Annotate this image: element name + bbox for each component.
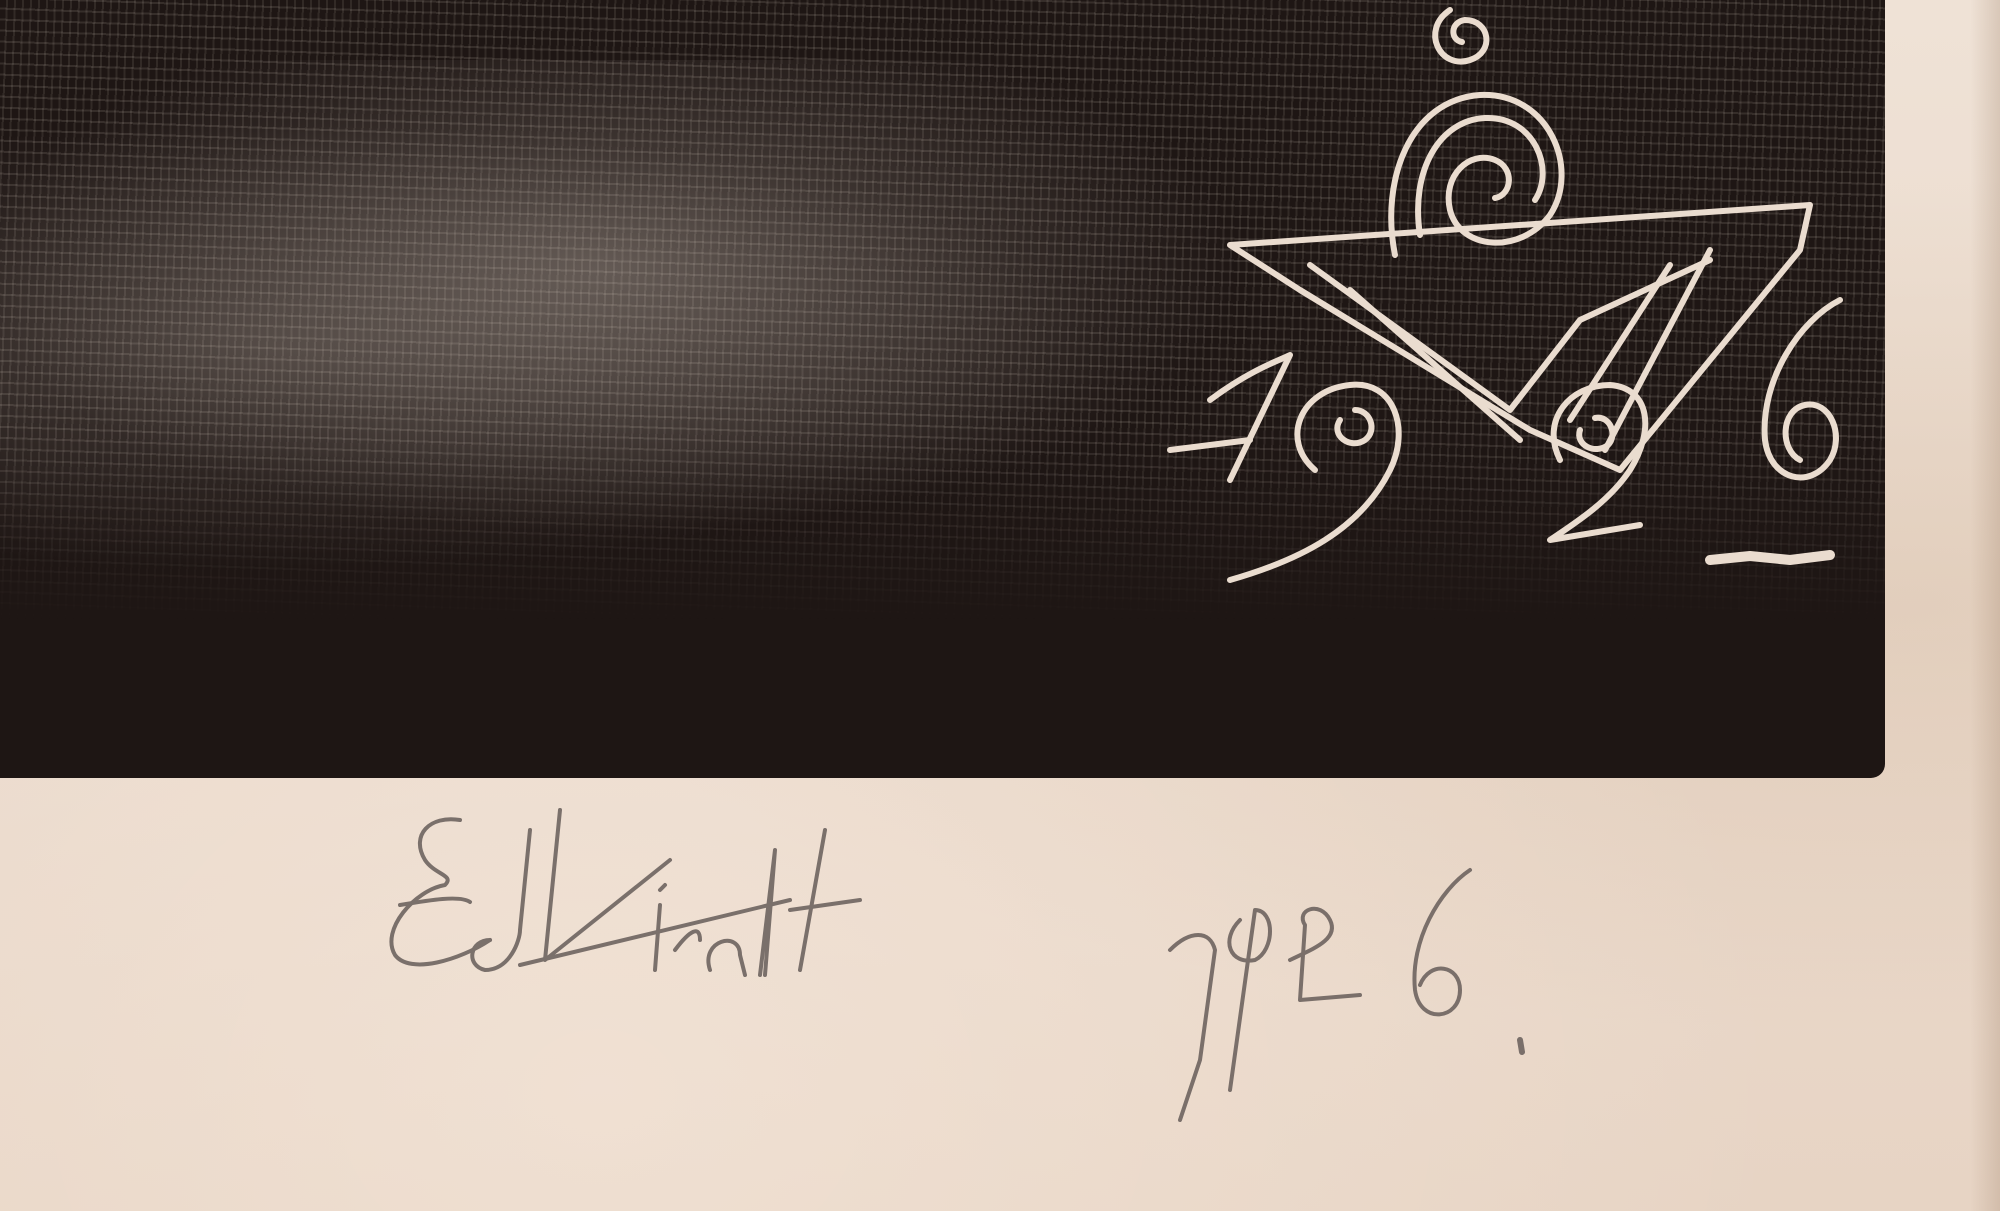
- print-highlight-area: [0, 60, 1350, 580]
- woodcut-print-block: [0, 0, 1885, 778]
- pencil-signature: [370, 790, 1990, 1130]
- carved-monogram-ev-1926: [1150, 0, 1870, 590]
